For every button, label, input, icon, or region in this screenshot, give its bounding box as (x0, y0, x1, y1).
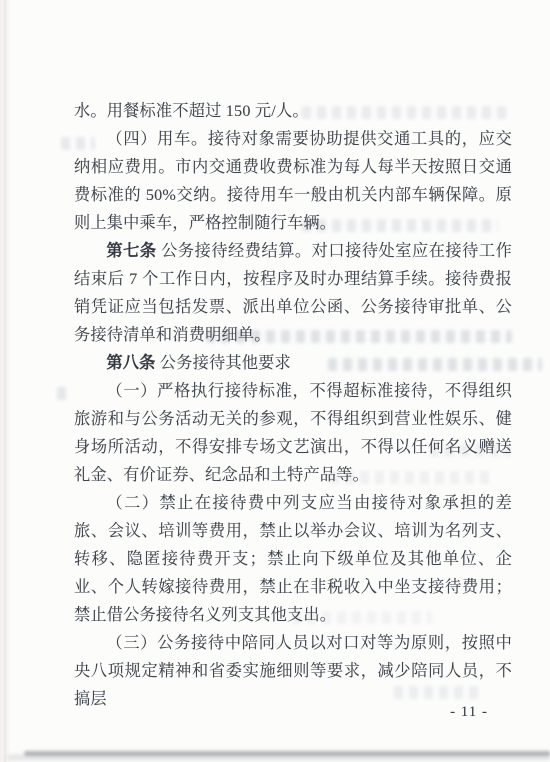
section-heading: 第八条 (106, 354, 155, 372)
paragraph: 第七条 公务接待经费结算。对口接待处室应在接待工作结束后 7 个工作日内，按程序… (74, 237, 512, 349)
paragraph: 水。用餐标准不超过 150 元/人。 (74, 97, 512, 125)
paragraph: （三）公务接待中陪同人员以对口对等为原则，按照中央八项规定精神和省委实施细则等要… (74, 629, 512, 713)
paragraph: （四）用车。接待对象需要协助提供交通工具的，应交纳相应费用。市内交通费收费标准为… (74, 125, 512, 237)
bleed-through-artifact (57, 387, 71, 400)
text-block: 水。用餐标准不超过 150 元/人。（四）用车。接待对象需要协助提供交通工具的，… (74, 97, 512, 713)
scan-shadow-bottom (24, 751, 550, 756)
page-number: - 11 - (450, 702, 488, 722)
paragraph: 第八条 公务接待其他要求 (74, 349, 512, 377)
section-heading: 第七条 (106, 242, 156, 260)
paragraph: （一）严格执行接待标准，不得超标准接待，不得组织旅游和与公务活动无关的参观，不得… (74, 377, 512, 489)
scanned-document-page: 水。用餐标准不超过 150 元/人。（四）用车。接待对象需要协助提供交通工具的，… (0, 0, 550, 762)
paragraph: （二）禁止在接待费中列支应当由接待对象承担的差旅、会议、培训等费用，禁止以举办会… (74, 489, 512, 629)
scan-edge-left (0, 0, 11, 762)
